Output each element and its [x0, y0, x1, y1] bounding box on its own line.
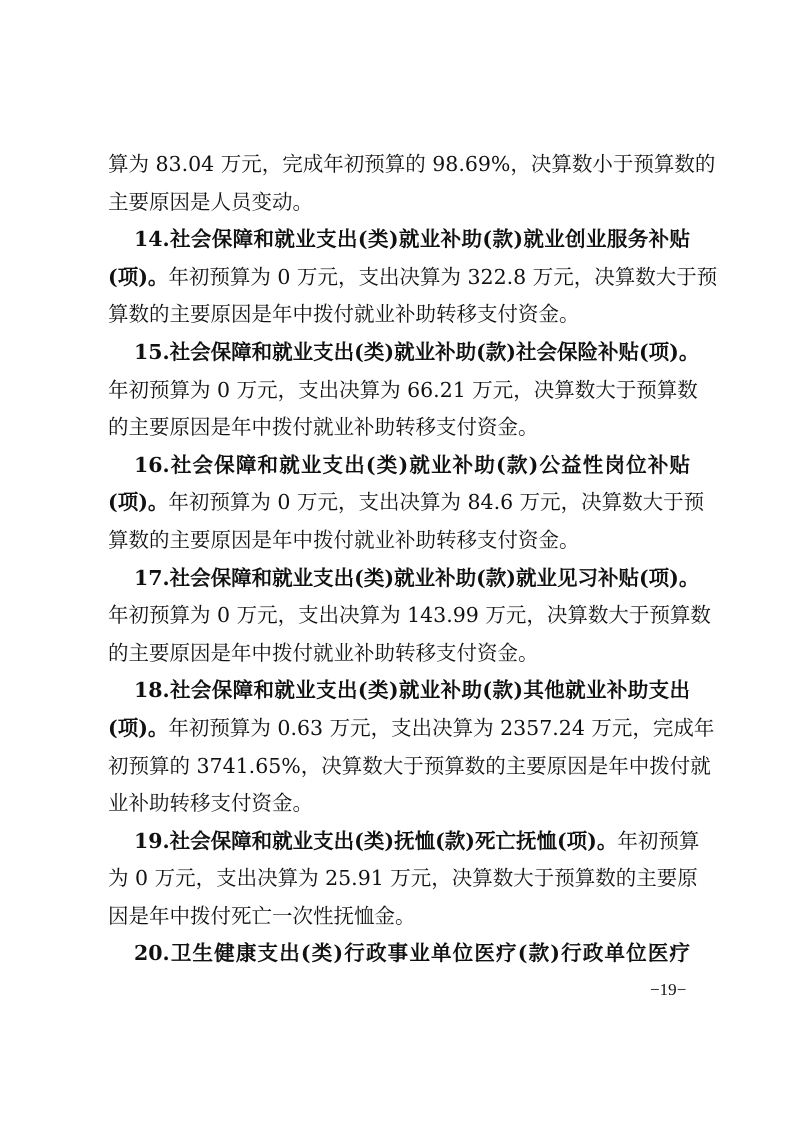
text-line: 年初预算为 0 万元，支出决算为 143.99 万元，决算数大于预算数: [108, 597, 690, 635]
body-text: 年初预算为 0 万元，支出决算为 143.99 万元，决算数大于预算数: [108, 603, 711, 627]
item-18-heading: 18.社会保障和就业支出(类)就业补助(款)其他就业补助支出: [108, 672, 690, 710]
text-line: 初预算的 3741.65%，决算数大于预算数的主要原因是年中拨付就: [108, 748, 690, 786]
text-line: 算数的主要原因是年中拨付就业补助转移支付资金。: [108, 522, 690, 560]
body-text: 初预算的 3741.65%，决算数大于预算数的主要原因是年中拨付就: [108, 754, 711, 778]
text-line: 算数的主要原因是年中拨付就业补助转移支付资金。: [108, 296, 690, 334]
body-text: 的主要原因是年中拨付就业补助转移支付资金。: [108, 415, 539, 439]
bold-heading: 18.社会保障和就业支出(类)就业补助(款)其他就业补助支出: [134, 678, 690, 702]
text-line: 的主要原因是年中拨付就业补助转移支付资金。: [108, 409, 690, 447]
body-text: 年初预算: [617, 829, 699, 853]
bold-heading: (项)。: [108, 265, 168, 289]
text-line: 主要原因是人员变动。: [108, 184, 690, 222]
bold-heading: 15.社会保障和就业支出(类)就业补助(款)社会保险补贴(项)。: [134, 340, 699, 364]
item-16-heading: 16.社会保障和就业支出(类)就业补助(款)公益性岗位补贴: [108, 447, 690, 485]
item-17-heading: 17.社会保障和就业支出(类)就业补助(款)就业见习补贴(项)。: [108, 560, 690, 598]
body-text: 年初预算为 0 万元，支出决算为 84.6 万元，决算数大于预: [168, 490, 704, 514]
item-20-heading: 20.卫生健康支出(类)行政事业单位医疗(款)行政单位医疗: [108, 935, 690, 973]
bold-heading: 20.卫生健康支出(类)行政事业单位医疗(款)行政单位医疗: [134, 941, 690, 965]
item-14-heading: 14.社会保障和就业支出(类)就业补助(款)就业创业服务补贴: [108, 221, 690, 259]
text-line: (项)。年初预算为 0 万元，支出决算为 322.8 万元，决算数大于预: [108, 259, 690, 297]
body-text: 因是年中拨付死亡一次性抚恤金。: [108, 904, 416, 928]
text-line: 为 0 万元，支出决算为 25.91 万元，决算数大于预算数的主要原: [108, 860, 690, 898]
text-line: 的主要原因是年中拨付就业补助转移支付资金。: [108, 635, 690, 673]
body-text: 年初预算为 0.63 万元，支出决算为 2357.24 万元，完成年: [168, 716, 714, 740]
bold-heading: 19.社会保障和就业支出(类)抚恤(款)死亡抚恤(项)。: [134, 829, 617, 853]
text-line: 年初预算为 0 万元，支出决算为 66.21 万元，决算数大于预算数: [108, 372, 690, 410]
bold-heading: (项)。: [108, 716, 168, 740]
item-15-heading: 15.社会保障和就业支出(类)就业补助(款)社会保险补贴(项)。: [108, 334, 690, 372]
text-line: 因是年中拨付死亡一次性抚恤金。: [108, 898, 690, 936]
bold-heading: 16.社会保障和就业支出(类)就业补助(款)公益性岗位补贴: [134, 453, 690, 477]
bold-heading: 14.社会保障和就业支出(类)就业补助(款)就业创业服务补贴: [134, 227, 690, 251]
bold-heading: (项)。: [108, 490, 168, 514]
body-text: 年初预算为 0 万元，支出决算为 66.21 万元，决算数大于预算数: [108, 378, 698, 402]
text-line: 业补助转移支付资金。: [108, 785, 690, 823]
body-text: 业补助转移支付资金。: [108, 791, 313, 815]
text-line: 算为 83.04 万元，完成年初预算的 98.69%，决算数小于预算数的: [108, 146, 690, 184]
body-text: 算数的主要原因是年中拨付就业补助转移支付资金。: [108, 302, 580, 326]
document-body: 算为 83.04 万元，完成年初预算的 98.69%，决算数小于预算数的 主要原…: [108, 146, 690, 973]
body-text: 的主要原因是年中拨付就业补助转移支付资金。: [108, 641, 539, 665]
page-number: −19−: [650, 980, 686, 1000]
body-text: 算数的主要原因是年中拨付就业补助转移支付资金。: [108, 528, 580, 552]
body-text: 为 0 万元，支出决算为 25.91 万元，决算数大于预算数的主要原: [108, 866, 698, 890]
text-line: (项)。年初预算为 0 万元，支出决算为 84.6 万元，决算数大于预: [108, 484, 690, 522]
body-text: 年初预算为 0 万元，支出决算为 322.8 万元，决算数大于预: [168, 265, 717, 289]
body-text: 主要原因是人员变动。: [108, 190, 313, 214]
item-19-heading: 19.社会保障和就业支出(类)抚恤(款)死亡抚恤(项)。年初预算: [108, 823, 690, 861]
bold-heading: 17.社会保障和就业支出(类)就业补助(款)就业见习补贴(项)。: [134, 566, 699, 590]
body-text: 算为 83.04 万元，完成年初预算的 98.69%，决算数小于预算数的: [108, 152, 715, 176]
text-line: (项)。年初预算为 0.63 万元，支出决算为 2357.24 万元，完成年: [108, 710, 690, 748]
